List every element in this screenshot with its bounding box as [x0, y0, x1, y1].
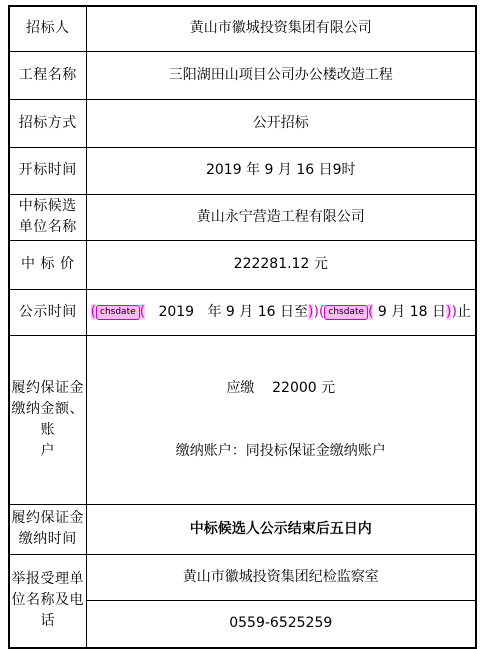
- bid-announcement-table: 招标人 黄山市徽城投资集团有限公司 工程名称 三阳湖田山项目公司办公楼改造工程 …: [8, 5, 477, 649]
- row-value-project-name: 三阳湖田山项目公司办公楼改造工程: [86, 51, 476, 99]
- row-label-report-unit: 举报受理单 位名称及电 话: [9, 554, 86, 648]
- publicity-suffix: 止: [457, 304, 471, 320]
- row-value-performance-bond-time: 中标候选人公示结束后五日内: [86, 504, 476, 554]
- table-row: 招标人 黄山市徽城投资集团有限公司: [9, 6, 476, 51]
- table-row: 中 标 价 222281.12 元: [9, 240, 476, 289]
- table-row: 履约保证金 缴纳时间 中标候选人公示结束后五日内: [9, 504, 476, 554]
- bond-account-line: 缴纳账户：同投标保证金缴纳账户: [87, 441, 476, 462]
- row-label-bid-method: 招标方式: [9, 99, 86, 147]
- row-value-tenderer: 黄山市徽城投资集团有限公司: [86, 6, 476, 51]
- row-label-performance-bond-time: 履约保证金 缴纳时间: [9, 504, 86, 554]
- row-value-opening-time: 2019 年 9 月 16 日9时: [86, 147, 476, 194]
- table-row: 举报受理单 位名称及电 话 黄山市徽城投资集团纪检监察室: [9, 554, 476, 600]
- smarttag-chsdate-badge: chsdate: [96, 305, 140, 320]
- row-value-report-phone: 0559-6525259: [86, 600, 476, 648]
- table-row: 履约保证金 缴纳金额、账 户 应缴 22000 元 缴纳账户：同投标保证金缴纳账…: [9, 335, 476, 504]
- table-row: 招标方式 公开招标: [9, 99, 476, 147]
- publicity-end-date: 9 月 18 日: [373, 304, 446, 320]
- row-label-performance-bond-amount: 履约保证金 缴纳金额、账 户: [9, 335, 86, 504]
- table-row: 公示时间 (chsdate( 2019 年 9 月 16 日至))(chsdat…: [9, 289, 476, 335]
- row-value-winning-price: 222281.12 元: [86, 240, 476, 289]
- row-value-publicity-time: (chsdate( 2019 年 9 月 16 日至))(chsdate( 9 …: [86, 289, 476, 335]
- row-label-winning-candidate: 中标候选 单位名称: [9, 194, 86, 240]
- smarttag-bridge-parens: )(: [313, 304, 324, 320]
- smarttag-chsdate-badge: chsdate: [324, 305, 368, 320]
- row-label-publicity-time: 公示时间: [9, 289, 86, 335]
- row-label-opening-time: 开标时间: [9, 147, 86, 194]
- row-value-winning-candidate: 黄山永宁营造工程有限公司: [86, 194, 476, 240]
- table-row: 工程名称 三阳湖田山项目公司办公楼改造工程: [9, 51, 476, 99]
- table-row: 中标候选 单位名称 黄山永宁营造工程有限公司: [9, 194, 476, 240]
- document-page: 招标人 黄山市徽城投资集团有限公司 工程名称 三阳湖田山项目公司办公楼改造工程 …: [0, 0, 483, 544]
- publicity-start-date: 2019 年 9 月 16 日至: [145, 304, 308, 320]
- bond-amount-line: 应缴 22000 元: [87, 378, 476, 399]
- row-value-report-unit-name: 黄山市徽城投资集团纪检监察室: [86, 554, 476, 600]
- table-row: 开标时间 2019 年 9 月 16 日9时: [9, 147, 476, 194]
- row-value-bid-method: 公开招标: [86, 99, 476, 147]
- row-value-performance-bond-amount: 应缴 22000 元 缴纳账户：同投标保证金缴纳账户: [86, 335, 476, 504]
- row-label-winning-price: 中 标 价: [9, 240, 86, 289]
- row-label-project-name: 工程名称: [9, 51, 86, 99]
- row-label-tenderer: 招标人: [9, 6, 86, 51]
